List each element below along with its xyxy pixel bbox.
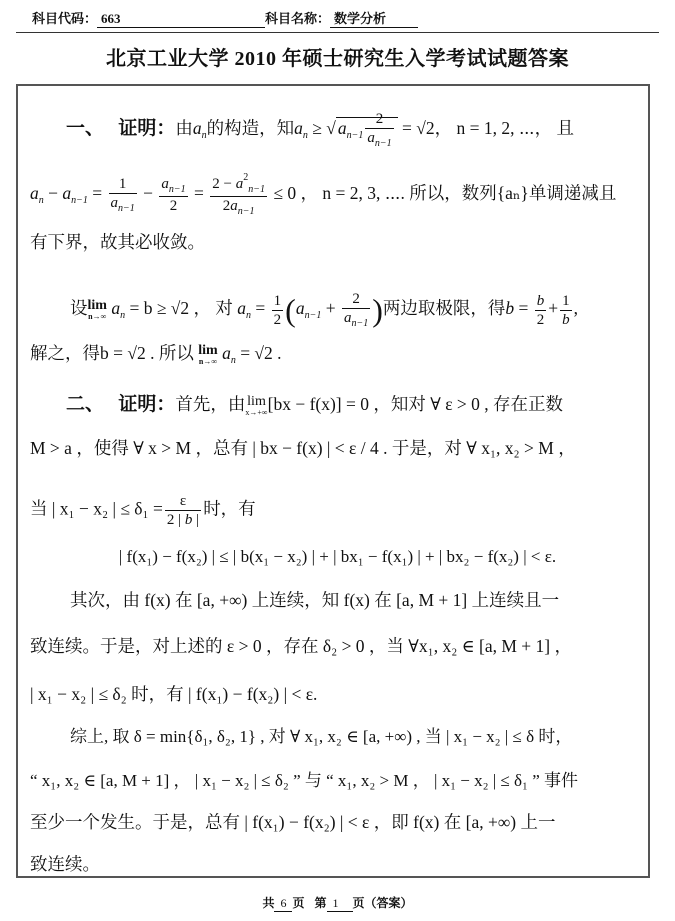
- footer-text: 页: [292, 896, 304, 910]
- s1-line-2: an − an−1 = 1an−1 − an−12 = 2 − a2n−12an…: [30, 172, 655, 218]
- s2-number: 二、: [66, 394, 104, 415]
- s2-line-3: 当 | x₁ − x₂ | ≤ δ₁ =ε2 | b |时，有: [30, 492, 655, 529]
- footer-text: 页（答案）: [353, 896, 413, 910]
- s1-text: 设: [70, 298, 88, 318]
- s1-line-4: 设limn→∞ an = b ≥ √2 ， 对 an = 12(an−1 + 2…: [70, 290, 655, 330]
- limit-symbol: limx→+∞: [245, 396, 267, 416]
- s2-line-2: M > a ，使得 ∀ x > M ，总有 | bx − f(x) | < ε …: [30, 440, 655, 458]
- subject-name-value: 数学分析: [330, 8, 418, 28]
- s1-text: ≤ 0 ， n = 2, 3, ⋯. 所以，数列{aₙ}单调递减且: [273, 183, 616, 203]
- s1-text: 解之，得: [30, 343, 100, 363]
- s1-line-1: 一、 证明：由an的构造，知an ≥ √an−12an−1 = √2， n = …: [66, 110, 655, 150]
- subject-code-value: 663: [97, 11, 265, 28]
- footer-text: 第: [315, 896, 327, 910]
- s1-text: 两边取极限，得: [383, 298, 506, 318]
- s1-heading: 证明：: [118, 118, 175, 139]
- s1-text: 由: [175, 118, 193, 138]
- s1-line-3: 有下界，故其必收敛。: [30, 234, 655, 252]
- s2-line-8: 综上, 取 δ = min{δ₁, δ₂, 1} , 对 ∀ x₁, x₂ ∈ …: [70, 728, 655, 745]
- exam-header: 科目代码：663科目名称：数学分析: [32, 8, 418, 28]
- footer-text: 共: [262, 896, 274, 910]
- s1-text: = √2 .: [240, 343, 281, 363]
- s2-text: 首先，由: [175, 394, 245, 414]
- subject-code-label: 科目代码：: [32, 11, 97, 26]
- header-divider: [16, 32, 659, 33]
- s2-line-4: | f(x₁) − f(x₂) | ≤ | b(x₁ − x₂) | + | b…: [0, 548, 675, 565]
- s2-line-10: 至少一个发生。于是，总有 | f(x₁) − f(x₂) | < ε ，即 f(…: [30, 814, 655, 832]
- subject-name-label: 科目名称：: [265, 11, 330, 26]
- s1-text: 的构造，知: [207, 118, 295, 138]
- sqrt-expr: √an−12an−1: [326, 110, 397, 150]
- s2-text: [bx − f(x)] = 0 ，知对 ∀ ε > 0 , 存在正数: [268, 394, 563, 414]
- page-number: 1: [327, 896, 353, 912]
- s1-text: = b ≥ √2 ， 对: [129, 298, 232, 318]
- s1-line-5: 解之，得b = √2 . 所以 limn→∞ an = √2 .: [30, 345, 655, 366]
- s2-line-5: 其次，由 f(x) 在 [a, +∞) 上连续，知 f(x) 在 [a, M +…: [70, 592, 655, 610]
- s2-text: 当 | x₁ − x₂ | ≤ δ₁ =: [30, 499, 163, 519]
- page-footer: 共6页 第1页（答案）: [0, 894, 675, 912]
- s2-line-6: 致连续。于是，对上述的 ε > 0 ，存在 δ₂ > 0 ，当 ∀x₁, x₂ …: [30, 638, 655, 656]
- s1-number: 一、: [66, 118, 104, 139]
- s1-text: ， n = 1, 2, ⋯， 且: [435, 118, 574, 138]
- page-title: 北京工业大学 2010 年硕士研究生入学考试试题答案: [0, 42, 675, 71]
- s2-heading: 证明：: [118, 394, 175, 415]
- s1-text: b = √2 . 所以: [100, 343, 194, 363]
- limit-symbol: limn→∞: [88, 300, 107, 320]
- limit-symbol: limn→∞: [198, 345, 217, 365]
- s2-line-1: 二、 证明：首先，由limx→+∞[bx − f(x)] = 0 ，知对 ∀ ε…: [66, 395, 655, 416]
- s2-line-9: “ x₁, x₂ ∈ [a, M + 1] ， | x₁ − x₂ | ≤ δ₂…: [30, 772, 655, 789]
- total-pages: 6: [274, 896, 292, 912]
- s2-text: 时，有: [203, 499, 256, 519]
- s2-line-11: 致连续。: [30, 856, 655, 874]
- s2-line-7: | x₁ − x₂ | ≤ δ₂ 时，有 | f(x₁) − f(x₂) | <…: [30, 686, 655, 704]
